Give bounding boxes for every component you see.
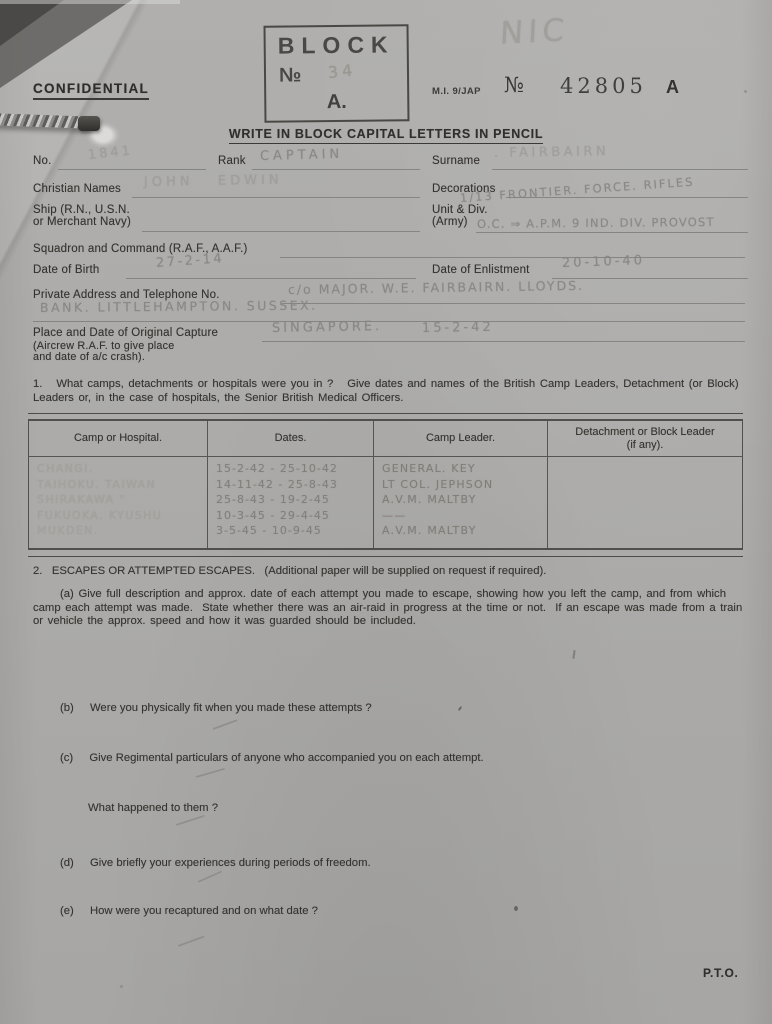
dates-cell: 14-11-42 - 25-8-43 [216, 477, 371, 493]
capture-place-handwritten: SINGAPORE. [272, 319, 382, 336]
no-value-handwritten: 1841 [87, 143, 133, 163]
block-number-stamp: BLOCK № 34 A. [263, 24, 409, 123]
table-outer-top-line [28, 413, 743, 414]
rank-value-handwritten: CAPTAIN [260, 147, 344, 164]
confidential-marking: CONFIDENTIAL [33, 81, 149, 100]
nil-dash-e [178, 935, 205, 946]
unit-div-label-line2: (Army) [432, 216, 468, 228]
question-2c-followup: What happened to them ? [88, 802, 218, 814]
camps-table: Camp or Hospital. Dates. Camp Leader. De… [28, 419, 743, 550]
header-camp-or-hospital: Camp or Hospital. [29, 421, 208, 456]
leader-cell: A.V.M. MALTBY [382, 492, 545, 508]
corner-fold-edge [0, 0, 180, 4]
dates-cell: 3-5-45 - 10-9-45 [216, 523, 371, 539]
dates-cell: 10-3-45 - 29-4-45 [216, 508, 371, 524]
address-field-line1 [282, 303, 745, 304]
question-1-text: 1. What camps, detachments or hospitals … [33, 378, 745, 405]
dates-cell: 25-8-43 - 19-2-45 [216, 492, 371, 508]
stamp-block-number-handwritten: 34 [327, 60, 357, 82]
question-2a-text: Give full description and approx. date o… [33, 588, 742, 627]
unit-div-label-line1: Unit & Div. [432, 204, 488, 216]
capture-label-line1: Place and Date of Original Capture [33, 327, 218, 339]
rank-field-line [252, 169, 420, 170]
leader-cell: A.V.M. MALTBY [382, 523, 545, 539]
address-value-line1-handwritten: c/o MAJOR. W.E. FAIRBAIRN. LLOYDS. [288, 278, 584, 297]
header-dates: Dates. [208, 421, 374, 456]
question-2c-text: Give Regimental particulars of anyone wh… [89, 752, 483, 764]
ship-label-line1: Ship (R.N., U.S.N. [33, 204, 130, 216]
surname-field-line [492, 169, 748, 170]
christian-names-line [132, 197, 420, 198]
camps-table-header-row: Camp or Hospital. Dates. Camp Leader. De… [29, 421, 742, 457]
mi9-jap-label: M.I. 9/JAP [432, 86, 481, 97]
leader-cell: LT COL. JEPHSON [382, 477, 545, 493]
pto-marking: P.T.O. [703, 966, 738, 980]
question-2c-label: (c) [60, 752, 73, 764]
question-2a-label: (a) [60, 588, 74, 600]
paper-speck [458, 706, 463, 711]
camp-cell: MUKDEN. [37, 523, 205, 539]
enlistment-value-handwritten: 20-10-40 [562, 253, 645, 271]
column-camp-or-hospital: CHANGI. TAIHOKU. TAIWAN SHIRAKAWA " FUKU… [29, 457, 208, 549]
christian-names-label: Christian Names [33, 183, 121, 195]
address-value-line2-handwritten: BANK. LITTLEHAMPTON. SUSSEX. [40, 298, 318, 315]
stamp-no-label: № [279, 64, 302, 87]
nil-dash-c2 [176, 815, 205, 826]
ship-label-line2: or Merchant Navy) [33, 216, 131, 228]
camp-cell: TAIHOKU. TAIWAN [37, 477, 205, 493]
surname-value-handwritten: . FAIRBAIRN [494, 144, 609, 161]
rank-label: Rank [218, 155, 246, 167]
question-2e: (e) How were you recaptured and on what … [60, 905, 318, 917]
camp-cell: FUKUOKA. KYUSHU [37, 508, 205, 524]
paper-speck [120, 985, 123, 988]
pencil-tick-mark [572, 650, 575, 659]
dates-cell: 15-2-42 - 25-10-42 [216, 461, 371, 477]
nil-dash-b [213, 719, 238, 730]
question-2c: (c) Give Regimental particulars of anyon… [60, 752, 484, 764]
leader-cell: GENERAL. KEY [382, 461, 545, 477]
question-2b-label: (b) [60, 702, 74, 714]
surname-label: Surname [432, 155, 480, 167]
paper-speck [514, 906, 518, 911]
question-2b-text: Were you physically fit when you made th… [90, 702, 372, 714]
instruction-line: WRITE IN BLOCK CAPITAL LETTERS IN PENCIL [0, 125, 772, 144]
mi9-no-label: № [504, 73, 524, 97]
mi9-suffix-letter: A [666, 77, 679, 98]
table-outer-bottom-line [28, 556, 743, 557]
capture-field-line [262, 341, 745, 342]
header-camp-leader: Camp Leader. [374, 421, 548, 456]
corner-fold-dark [0, 0, 64, 46]
pow-questionnaire-scan: CONFIDENTIAL BLOCK № 34 A. M.I. 9/JAP № … [0, 0, 772, 1024]
paper-speck [744, 90, 747, 93]
column-camp-leader: GENERAL. KEY LT COL. JEPHSON A.V.M. MALT… [374, 457, 548, 549]
no-label: No. [33, 155, 52, 167]
camp-cell: SHIRAKAWA " [37, 492, 205, 508]
question-2-heading: 2. ESCAPES OR ATTEMPTED ESCAPES. (Additi… [33, 565, 546, 577]
instruction-text: WRITE IN BLOCK CAPITAL LETTERS IN PENCIL [229, 127, 543, 144]
nil-dash-d [198, 871, 223, 883]
dob-field-line [126, 278, 416, 279]
dob-label: Date of Birth [33, 264, 100, 276]
ship-field-line [142, 231, 420, 232]
capture-date-handwritten: 15-2-42 [422, 320, 494, 336]
christian-names-value-handwritten: JOHN EDWIN [144, 173, 283, 190]
column-dates: 15-2-42 - 25-10-42 14-11-42 - 25-8-43 25… [208, 457, 374, 549]
capture-label-line3: and date of a/c crash). [33, 351, 145, 363]
question-2d: (d) Give briefly your experiences during… [60, 857, 371, 869]
stamp-suffix: A. [266, 90, 407, 114]
unit-div-value-line1-handwritten: 1/13 FRONTIER. FORCE. RIFLES [460, 175, 695, 205]
header-detachment-leader: Detachment or Block Leader (if any). [548, 421, 742, 456]
question-2e-text: How were you recaptured and on what date… [90, 905, 318, 917]
question-2d-label: (d) [60, 857, 74, 869]
stamp-block-word: BLOCK [266, 31, 407, 59]
pencil-scribble: NIC [499, 12, 570, 52]
unit-div-value-line2-handwritten: O.C. ⇒ A.P.M. 9 IND. DIV. PROVOST [477, 215, 715, 231]
question-2b: (b) Were you physically fit when you mad… [60, 702, 372, 714]
squadron-field-line [280, 257, 745, 258]
question-2d-text: Give briefly your experiences during per… [90, 857, 371, 869]
enlistment-label: Date of Enlistment [432, 264, 530, 276]
question-2e-label: (e) [60, 905, 74, 917]
column-detachment-leader [548, 457, 742, 549]
nil-dash-c [196, 768, 225, 778]
question-2a: (a) Give full description and approx. da… [33, 588, 747, 629]
camps-table-body: CHANGI. TAIHOKU. TAIWAN SHIRAKAWA " FUKU… [29, 457, 742, 549]
mi9-serial-number: 42805 [560, 74, 647, 98]
camp-cell: CHANGI. [37, 461, 205, 477]
no-field-line [58, 169, 206, 170]
address-field-line2 [33, 321, 745, 322]
leader-cell: —— [382, 508, 545, 524]
unit-div-field-line [476, 232, 748, 233]
